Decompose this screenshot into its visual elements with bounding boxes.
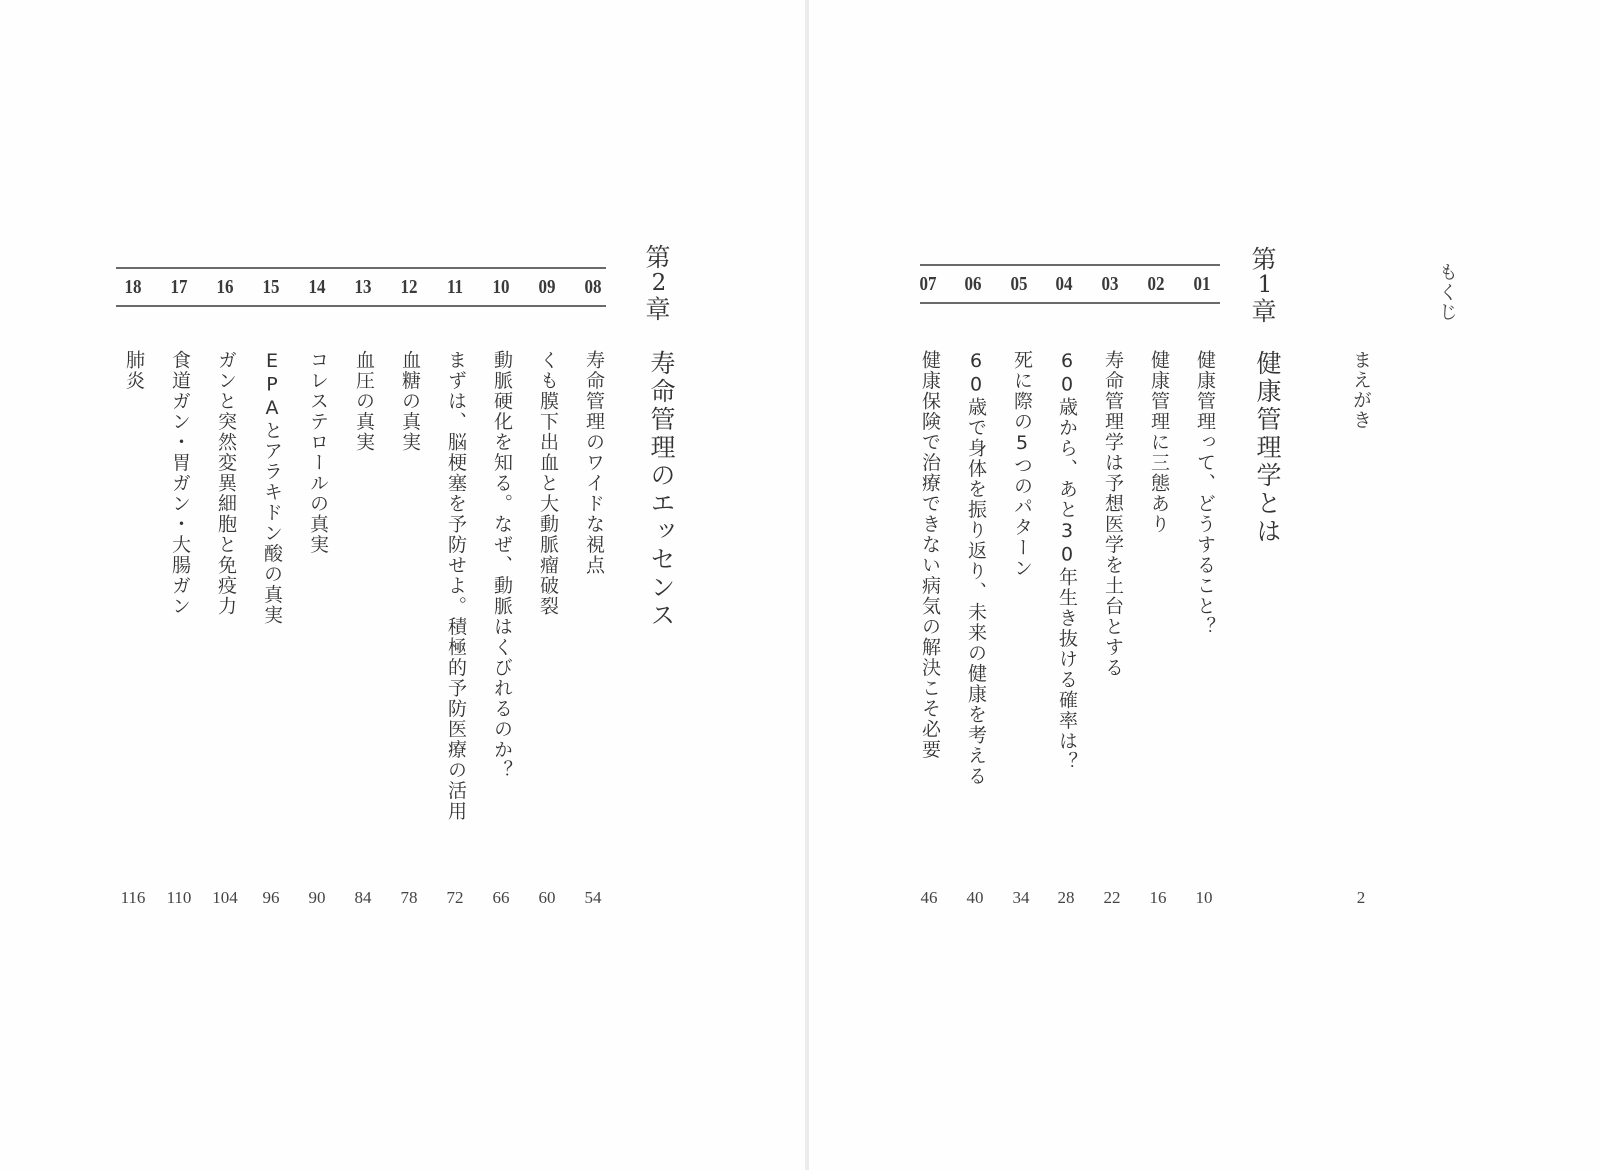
entry-number: 05: [1004, 266, 1035, 302]
entry-page-number: 90: [297, 888, 337, 908]
preface-page-number: 2: [1341, 888, 1381, 908]
entry-page-number: 40: [955, 888, 995, 908]
chapter-1-number-band: 01 02 03 04 05 06 07: [920, 264, 1220, 304]
entry-number: 10: [486, 269, 517, 305]
toc-entry-title[interactable]: 血圧の真実: [351, 350, 378, 453]
entry-number: 18: [118, 269, 149, 305]
chapter-1-title[interactable]: 健康管理学とは: [1249, 350, 1285, 546]
toc-entry-title[interactable]: 健康保険で治療できない病気の解決こそ必要: [917, 350, 944, 760]
entry-page-number: 54: [573, 888, 613, 908]
entry-number: 08: [578, 269, 609, 305]
entry-page-number: 66: [481, 888, 521, 908]
chapter-2-number-band: 08 09 10 11 12 13 14 15 16 17 18: [116, 267, 606, 307]
entry-page-number: 60: [527, 888, 567, 908]
entry-page-number: 22: [1092, 888, 1132, 908]
toc-entry-title[interactable]: 健康管理って、どうすること？: [1192, 350, 1219, 637]
toc-entry-title[interactable]: くも膜下出血と大動脈瘤破裂: [535, 350, 562, 617]
entry-page-number: 46: [909, 888, 949, 908]
entry-page-number: 16: [1138, 888, 1178, 908]
toc-entry-title[interactable]: 食道ガン・胃ガン・大腸ガン: [167, 350, 194, 617]
entry-page-number: 10: [1184, 888, 1224, 908]
toc-entry-title[interactable]: 肺炎: [121, 350, 148, 391]
left-page: 第 2 章 寿命管理のエッセンス 08 09 10 11 12 13 14 15…: [0, 0, 805, 1170]
entry-number: 04: [1049, 266, 1080, 302]
toc-entry-title[interactable]: 死に際の5つのパターン: [1009, 350, 1036, 579]
entry-number: 13: [348, 269, 379, 305]
toc-entry-title[interactable]: 血糖の真実: [397, 350, 424, 453]
entry-page-number: 78: [389, 888, 429, 908]
entry-page-number: 96: [251, 888, 291, 908]
entry-number: 01: [1187, 266, 1218, 302]
entry-number: 17: [164, 269, 195, 305]
toc-entry-title[interactable]: 60歳から、あと30年生き抜ける確率は？: [1054, 350, 1081, 772]
entry-number: 02: [1141, 266, 1172, 302]
entry-number: 16: [210, 269, 241, 305]
entry-page-number: 34: [1001, 888, 1041, 908]
entry-number: 14: [302, 269, 333, 305]
toc-title: もくじ: [1434, 262, 1461, 322]
entry-number: 07: [913, 266, 944, 302]
toc-entry-title[interactable]: まずは、脳梗塞を予防せよ。積極的予防医療の活用: [443, 350, 470, 822]
page-gutter: [805, 0, 809, 1170]
entry-page-number: 116: [113, 888, 153, 908]
entry-number: 06: [958, 266, 989, 302]
toc-entry-title[interactable]: 寿命管理のワイドな視点: [581, 350, 608, 576]
toc-entry-title[interactable]: 健康管理に三態あり: [1146, 350, 1173, 535]
entry-page-number: 28: [1046, 888, 1086, 908]
toc-entry-title[interactable]: 動脈硬化を知る。なぜ、動脈はくびれるのか？: [489, 350, 516, 781]
entry-number: 09: [532, 269, 563, 305]
entry-page-number: 104: [205, 888, 245, 908]
toc-entry-title[interactable]: コレステロールの真実: [305, 350, 332, 555]
toc-entry-title[interactable]: 寿命管理学は予想医学を土台とする: [1100, 350, 1127, 678]
toc-entry-title[interactable]: ガンと突然変異細胞と免疫力: [213, 350, 240, 617]
entry-number: 15: [256, 269, 287, 305]
preface-title[interactable]: まえがき: [1348, 350, 1375, 430]
entry-number: 03: [1095, 266, 1126, 302]
toc-entry-title[interactable]: EPAとアラキドン酸の真実: [259, 350, 286, 626]
entry-number: 12: [394, 269, 425, 305]
entry-page-number: 84: [343, 888, 383, 908]
right-page: もくじ まえがき 2 第 1 章 健康管理学とは 01 02 03 04 05 …: [810, 0, 1600, 1170]
toc-entry-title[interactable]: 60歳で身体を振り返り、未来の健康を考える: [963, 350, 990, 787]
entry-number: 11: [440, 269, 471, 305]
chapter-2-title[interactable]: 寿命管理のエッセンス: [643, 350, 679, 630]
entry-page-number: 110: [159, 888, 199, 908]
book-spread: もくじ まえがき 2 第 1 章 健康管理学とは 01 02 03 04 05 …: [0, 0, 1600, 1170]
entry-page-number: 72: [435, 888, 475, 908]
